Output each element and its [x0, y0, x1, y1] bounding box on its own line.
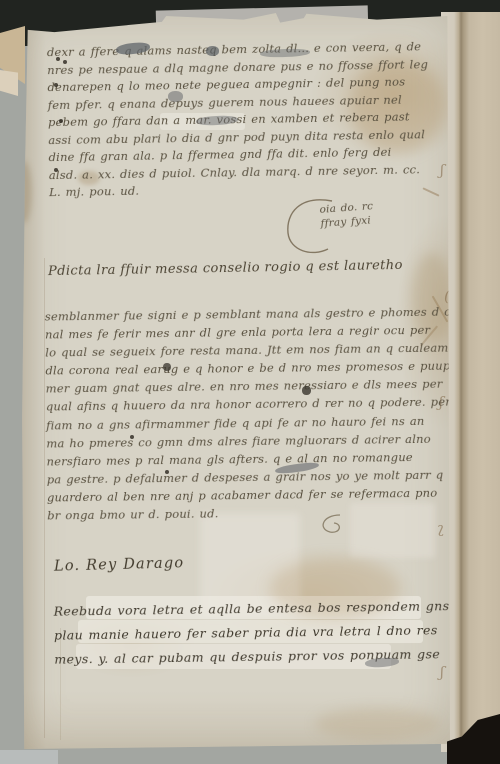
bottom-stain: [315, 708, 440, 740]
margin-pen-mark: ʅ: [437, 519, 444, 537]
ink-dot: [54, 168, 58, 172]
edge-stain: [16, 161, 32, 223]
paragraph-council-letter: semblanmer fue signi e p semblant mana a…: [45, 303, 453, 525]
manuscript-page: ʃ ( ʃ ʅ ʃ dexr a ffere q alams nasteq be…: [20, 13, 450, 749]
paragraph-first-letter-copy: dexr a ffere q alams nasteq bem zolta dl…: [47, 38, 449, 202]
ink-blot: [302, 386, 311, 395]
ink-dot: [130, 435, 134, 439]
ink-retouch-smudge: [206, 46, 219, 56]
margin-pen-mark: ʃ: [440, 663, 444, 681]
registrar-note: oia do. rc ffray fyxi: [319, 199, 375, 231]
ink-dot: [59, 119, 63, 123]
underlying-page-edge-light: [0, 70, 18, 96]
book-binding-edge: [441, 12, 500, 752]
ink-dot: [54, 83, 58, 87]
ink-blot: [163, 363, 171, 371]
ink-dot: [63, 60, 67, 64]
section-heading-latin: Pdicta lra ffuir messa conselio rogio q …: [48, 258, 403, 279]
backdrop-light-strip: [0, 750, 58, 764]
section-heading-lo-rey-darago: Lo. Rey Darago: [54, 555, 185, 574]
manuscript-photograph: ʃ ( ʃ ʅ ʃ dexr a ffere q alams nasteq be…: [0, 0, 500, 764]
ink-dot: [56, 57, 60, 61]
ink-retouch-smudge: [168, 91, 183, 102]
ink-dot: [165, 470, 169, 474]
registrar-note-line: ffray fyxi: [320, 213, 375, 231]
